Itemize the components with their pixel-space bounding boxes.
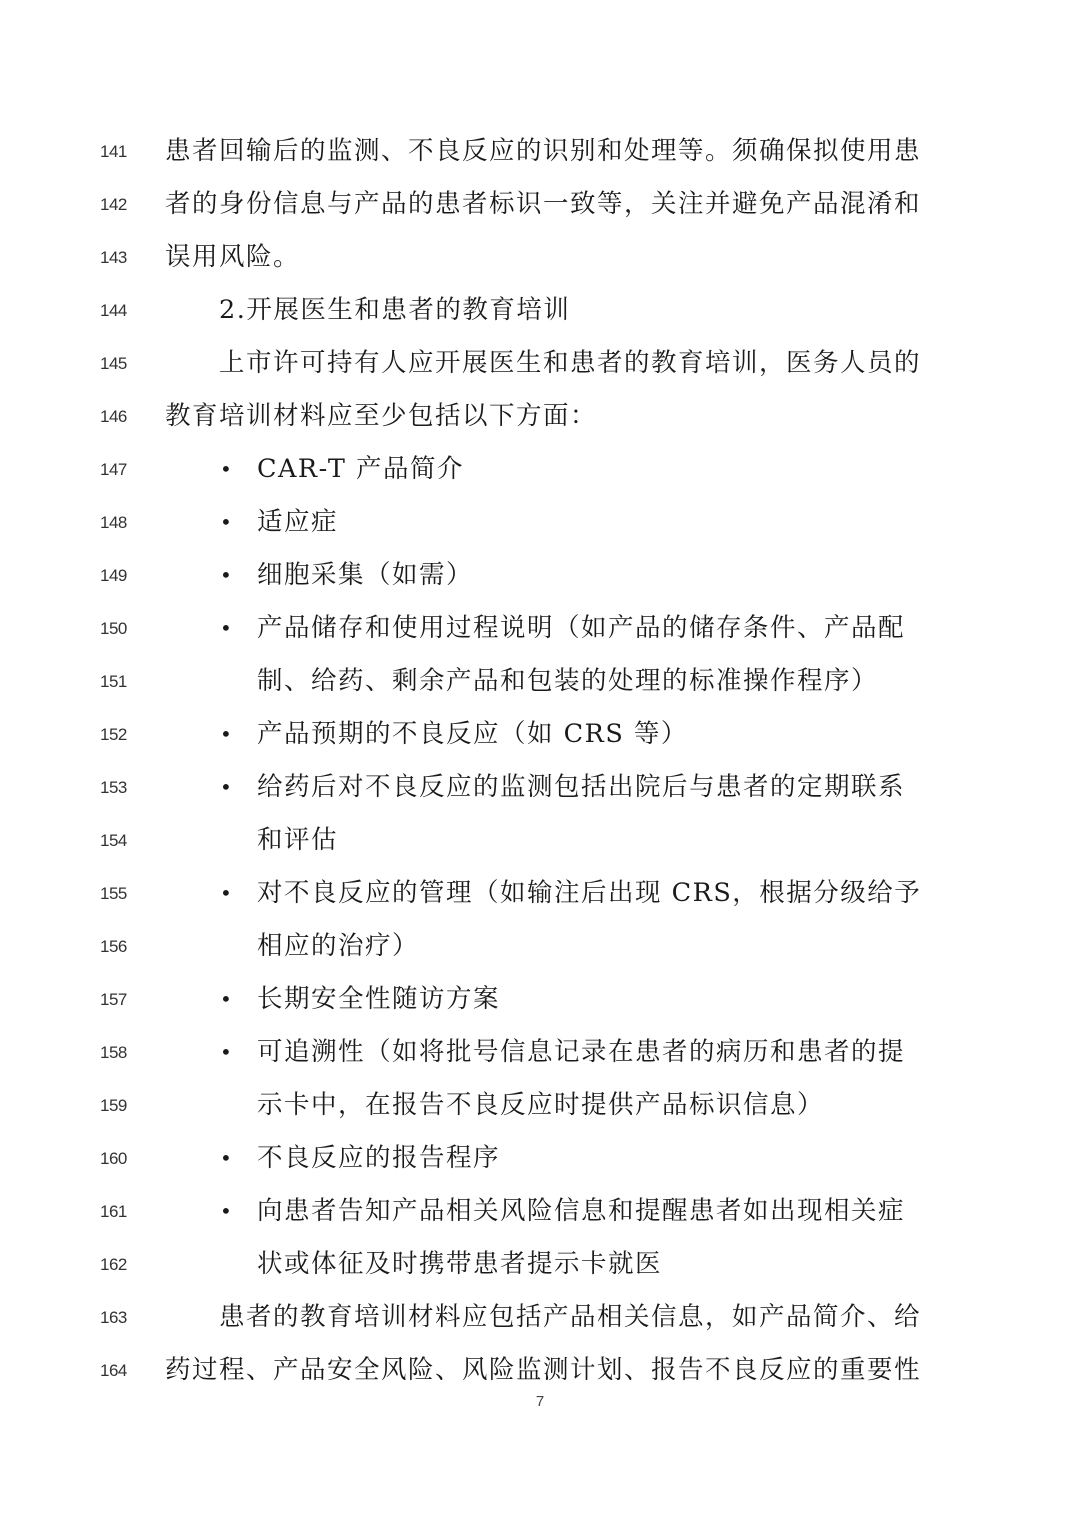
line-number: 148 — [100, 496, 140, 549]
bullet-text: 状或体征及时携带患者提示卡就医 — [257, 1238, 662, 1291]
line-number: 161 — [100, 1185, 140, 1238]
bullet-item: 157 • 长期安全性随访方案 — [0, 973, 1080, 1026]
line-number: 151 — [100, 655, 140, 708]
bullet-icon: • — [220, 549, 232, 602]
line-number: 159 — [100, 1079, 140, 1132]
bullet-item: 153 • 给药后对不良反应的监测包括出院后与患者的定期联系 — [0, 761, 1080, 814]
bullet-icon: • — [220, 1185, 232, 1238]
bullet-continuation: 162 状或体征及时携带患者提示卡就医 — [0, 1238, 1080, 1291]
bullet-item: 160 • 不良反应的报告程序 — [0, 1132, 1080, 1185]
bullet-item: 152 • 产品预期的不良反应（如 CRS 等） — [0, 708, 1080, 761]
bullet-text: 产品储存和使用过程说明（如产品的储存条件、产品配 — [257, 602, 905, 655]
section-heading-line: 144 2.开展医生和患者的教育培训 — [0, 284, 1080, 337]
bullet-text: 示卡中，在报告不良反应时提供产品标识信息） — [257, 1079, 824, 1132]
document-line: 145 上市许可持有人应开展医生和患者的教育培训，医务人员的 — [0, 337, 1080, 390]
line-number: 145 — [100, 337, 140, 390]
bullet-text: 向患者告知产品相关风险信息和提醒患者如出现相关症 — [257, 1185, 905, 1238]
document-line: 163 患者的教育培训材料应包括产品相关信息，如产品简介、给 — [0, 1291, 1080, 1344]
bullet-icon: • — [220, 1132, 232, 1185]
document-line: 143 误用风险。 — [0, 231, 1080, 284]
line-number: 164 — [100, 1344, 140, 1397]
bullet-text: 可追溯性（如将批号信息记录在患者的病历和患者的提 — [257, 1026, 905, 1079]
bullet-text: 不良反应的报告程序 — [257, 1132, 500, 1185]
document-line: 142 者的身份信息与产品的患者标识一致等，关注并避免产品混淆和 — [0, 178, 1080, 231]
bullet-icon: • — [220, 1026, 232, 1079]
line-number: 144 — [100, 284, 140, 337]
bullet-icon: • — [220, 496, 232, 549]
bullet-item: 158 • 可追溯性（如将批号信息记录在患者的病历和患者的提 — [0, 1026, 1080, 1079]
bullet-text: 给药后对不良反应的监测包括出院后与患者的定期联系 — [257, 761, 905, 814]
line-text: 上市许可持有人应开展医生和患者的教育培训，医务人员的 — [219, 337, 921, 390]
bullet-text: 细胞采集（如需） — [257, 549, 473, 602]
line-number: 162 — [100, 1238, 140, 1291]
bullet-text: 相应的治疗） — [257, 920, 419, 973]
document-line: 146 教育培训材料应至少包括以下方面： — [0, 390, 1080, 443]
bullet-text: 适应症 — [257, 496, 338, 549]
bullet-item: 148 • 适应症 — [0, 496, 1080, 549]
line-number: 158 — [100, 1026, 140, 1079]
bullet-continuation: 151 制、给药、剩余产品和包装的处理的标准操作程序） — [0, 655, 1080, 708]
bullet-text: 产品预期的不良反应（如 CRS 等） — [257, 708, 688, 761]
line-number: 163 — [100, 1291, 140, 1344]
bullet-icon: • — [220, 973, 232, 1026]
bullet-text: 对不良反应的管理（如输注后出现 CRS，根据分级给予 — [257, 867, 921, 920]
line-number: 147 — [100, 443, 140, 496]
line-number: 160 — [100, 1132, 140, 1185]
bullet-item: 161 • 向患者告知产品相关风险信息和提醒患者如出现相关症 — [0, 1185, 1080, 1238]
section-heading: 2.开展医生和患者的教育培训 — [219, 284, 570, 337]
bullet-continuation: 156 相应的治疗） — [0, 920, 1080, 973]
bullet-icon: • — [220, 443, 232, 496]
line-number: 143 — [100, 231, 140, 284]
line-text: 教育培训材料应至少包括以下方面： — [165, 390, 597, 443]
line-number: 146 — [100, 390, 140, 443]
bullet-continuation: 154 和评估 — [0, 814, 1080, 867]
line-text: 药过程、产品安全风险、风险监测计划、报告不良反应的重要性 — [165, 1344, 921, 1397]
bullet-icon: • — [220, 708, 232, 761]
bullet-text: 制、给药、剩余产品和包装的处理的标准操作程序） — [257, 655, 878, 708]
line-number: 155 — [100, 867, 140, 920]
bullet-continuation: 159 示卡中，在报告不良反应时提供产品标识信息） — [0, 1079, 1080, 1132]
page-number: 7 — [0, 1393, 1080, 1410]
line-text: 患者的教育培训材料应包括产品相关信息，如产品简介、给 — [219, 1291, 921, 1344]
bullet-icon: • — [220, 867, 232, 920]
bullet-icon: • — [220, 761, 232, 814]
line-number: 153 — [100, 761, 140, 814]
line-number: 156 — [100, 920, 140, 973]
line-number: 141 — [100, 125, 140, 178]
line-number: 150 — [100, 602, 140, 655]
bullet-item: 149 • 细胞采集（如需） — [0, 549, 1080, 602]
bullet-text: CAR-T 产品简介 — [257, 443, 464, 496]
bullet-text: 长期安全性随访方案 — [257, 973, 500, 1026]
line-number: 152 — [100, 708, 140, 761]
line-number: 157 — [100, 973, 140, 1026]
bullet-text: 和评估 — [257, 814, 338, 867]
line-number: 149 — [100, 549, 140, 602]
document-line: 141 患者回输后的监测、不良反应的识别和处理等。须确保拟使用患 — [0, 125, 1080, 178]
bullet-icon: • — [220, 602, 232, 655]
line-text: 者的身份信息与产品的患者标识一致等，关注并避免产品混淆和 — [165, 178, 921, 231]
line-text: 患者回输后的监测、不良反应的识别和处理等。须确保拟使用患 — [165, 125, 921, 178]
bullet-item: 150 • 产品储存和使用过程说明（如产品的储存条件、产品配 — [0, 602, 1080, 655]
line-number: 142 — [100, 178, 140, 231]
line-number: 154 — [100, 814, 140, 867]
line-text: 误用风险。 — [165, 231, 300, 284]
document-line: 164 药过程、产品安全风险、风险监测计划、报告不良反应的重要性 — [0, 1344, 1080, 1397]
bullet-item: 155 • 对不良反应的管理（如输注后出现 CRS，根据分级给予 — [0, 867, 1080, 920]
bullet-item: 147 • CAR-T 产品简介 — [0, 443, 1080, 496]
document-page: 141 患者回输后的监测、不良反应的识别和处理等。须确保拟使用患 142 者的身… — [0, 0, 1080, 1527]
